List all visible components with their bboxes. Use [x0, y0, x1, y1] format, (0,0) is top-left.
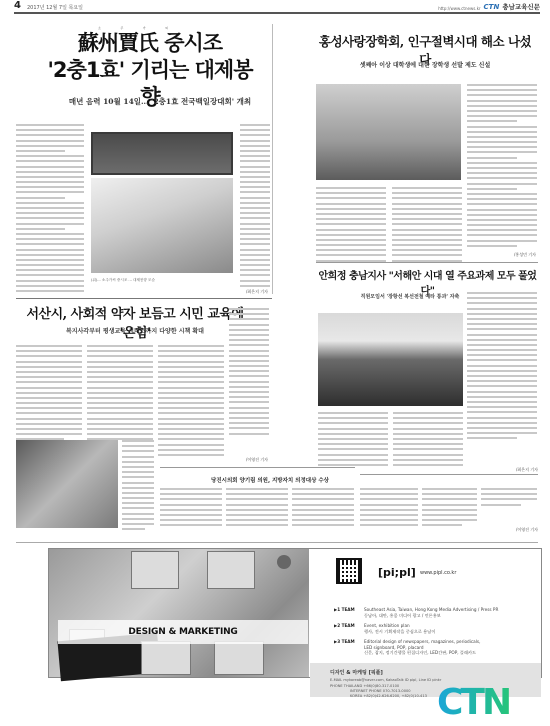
seosan-headline: 서산시, 사회적 약자 보듬고 시민 교육에 '온힘' [25, 303, 245, 341]
team-line: Editorial design of newspapers, magazine… [364, 639, 480, 645]
seosan-subheadline: 복지사각부터 평생교육 서비스까지 다양한 시책 확대 [30, 326, 240, 335]
seosan-body-col2b [122, 440, 154, 530]
dangjin-body-col6 [481, 488, 537, 513]
governor-byline: /최은지 기자 [490, 467, 538, 473]
main-photo-plaque [91, 132, 233, 175]
ad-phone: PHONE THAILAND +66(0)80-317-0100 [330, 684, 399, 688]
seosan-body-col1 [16, 345, 82, 440]
ad-internet-phone: INTERNET PHONE 070-7013-0000 [350, 689, 411, 693]
ad-divider [16, 542, 538, 543]
ad-banner-text: DESIGN & MARKETING [128, 627, 237, 637]
dangjin-byline: /이영진 기자 [490, 527, 538, 533]
scholarship-body-col2 [392, 187, 462, 262]
ad-brand-url[interactable]: www.pipl.co.kr [420, 570, 456, 576]
scholarship-body-col3 [467, 84, 537, 259]
main-article-body-col1 [16, 124, 84, 294]
ctn-logo: CTN [484, 3, 500, 11]
seosan-byline: /이영진 기자 [200, 457, 268, 463]
ad-korea-phone: KOREA +82(0)42-626-6200, +82(0)10-413 [350, 694, 427, 698]
scholarship-subheadline: 셋째아 이상 대학생에 대한 장학생 선발 제도 신설 [330, 60, 520, 69]
coffee-cup-image [277, 555, 291, 569]
laptop-image [214, 641, 264, 675]
main-photo-ceremony [91, 178, 233, 273]
dangjin-body-col3 [292, 488, 354, 530]
dangjin-body-col5 [422, 488, 477, 530]
governor-subheadline: 직원모임서 '장항선 복선전철 예타 통과' 자축 [330, 293, 490, 300]
section-divider [316, 262, 538, 263]
governor-body-col3 [467, 292, 537, 442]
team-3: ▶3 TEAM Editorial design of newspapers, … [334, 639, 480, 656]
team-line: 신문, 잡지, 정기간행물 편집디자인, LED간판, POP, 플래카드 [364, 650, 480, 656]
dangjin-body-col1 [160, 488, 222, 530]
ctn-watermark-logo: CTN [437, 682, 509, 723]
ad-contact-title: 디자인 & 마케팅 [픽플] [330, 669, 383, 676]
scholarship-photo [316, 84, 461, 180]
dangjin-body-col2 [226, 488, 288, 530]
team-1: ▶1 TEAM Southeast Asia, Taiwan, Hong Kon… [334, 607, 498, 618]
main-article-body-col2 [240, 124, 270, 294]
paper-name: 충남교육신문 [502, 2, 540, 11]
scholarship-body-col1 [316, 187, 386, 262]
laptop-image [207, 551, 255, 589]
page-header: 4 2017년 12월 7일 목요일 http://www.ctnews.kr … [14, 0, 540, 14]
team-line: 동남아, 대만, 홍콩 미디어 광고 / 언론홍보 [364, 613, 498, 619]
ad-banner: DESIGN & MARKETING [58, 620, 308, 644]
laptop-image [131, 551, 179, 589]
ad-brand: [pi;pl] [378, 566, 416, 579]
team-line: 행사, 전시 기획제작을 중심으로 용남이 [364, 629, 435, 635]
column-divider [272, 24, 273, 294]
team-line: Southeast Asia, Taiwan, Hong Kong Media … [364, 607, 498, 613]
governor-photo [318, 313, 463, 406]
dangjin-body-col4 [360, 488, 418, 530]
dangjin-headline: 당진시의회 양기림 의원, 지방자치 의정대상 수상 [190, 476, 350, 484]
governor-body-col2 [393, 412, 463, 470]
qr-code-icon[interactable] [336, 558, 362, 584]
main-subheadline: 매년 음력 10월 14일… '2충1효 전국백일장대회' 개최 [50, 96, 270, 107]
section-divider [16, 298, 272, 299]
paper-url[interactable]: http://www.ctnews.kr [438, 6, 480, 11]
seosan-body-col2 [87, 345, 153, 440]
team-label: ▶3 TEAM [334, 639, 364, 656]
ad-photo-desks [49, 549, 309, 677]
scholarship-byline: /홍성민 기자 [480, 252, 536, 258]
laptop-image [141, 641, 191, 675]
ad-email[interactable]: E-MAIL mykoreab@naver.com, KakaoTalk ID … [330, 678, 441, 682]
seosan-body-col4 [229, 308, 269, 438]
governor-body-col1 [318, 412, 388, 470]
seosan-photo [16, 440, 118, 528]
main-byline: /최은지 기자 [200, 289, 268, 295]
page-number: 4 [14, 0, 21, 11]
team-label: ▶1 TEAM [334, 607, 364, 618]
main-headline-line1: 蘇州賈氏 중시조 [45, 30, 255, 57]
seosan-body-col3 [158, 345, 224, 457]
section-divider [360, 474, 538, 475]
team-label: ▶2 TEAM [334, 623, 364, 634]
main-photo-caption: (위)... 소주가씨 중시조 ... 대제봉향 모습 [91, 278, 233, 283]
team-2: ▶2 TEAM Event, exhibition plan 행사, 전시 기획… [334, 623, 435, 634]
issue-date: 2017년 12월 7일 목요일 [27, 4, 83, 11]
